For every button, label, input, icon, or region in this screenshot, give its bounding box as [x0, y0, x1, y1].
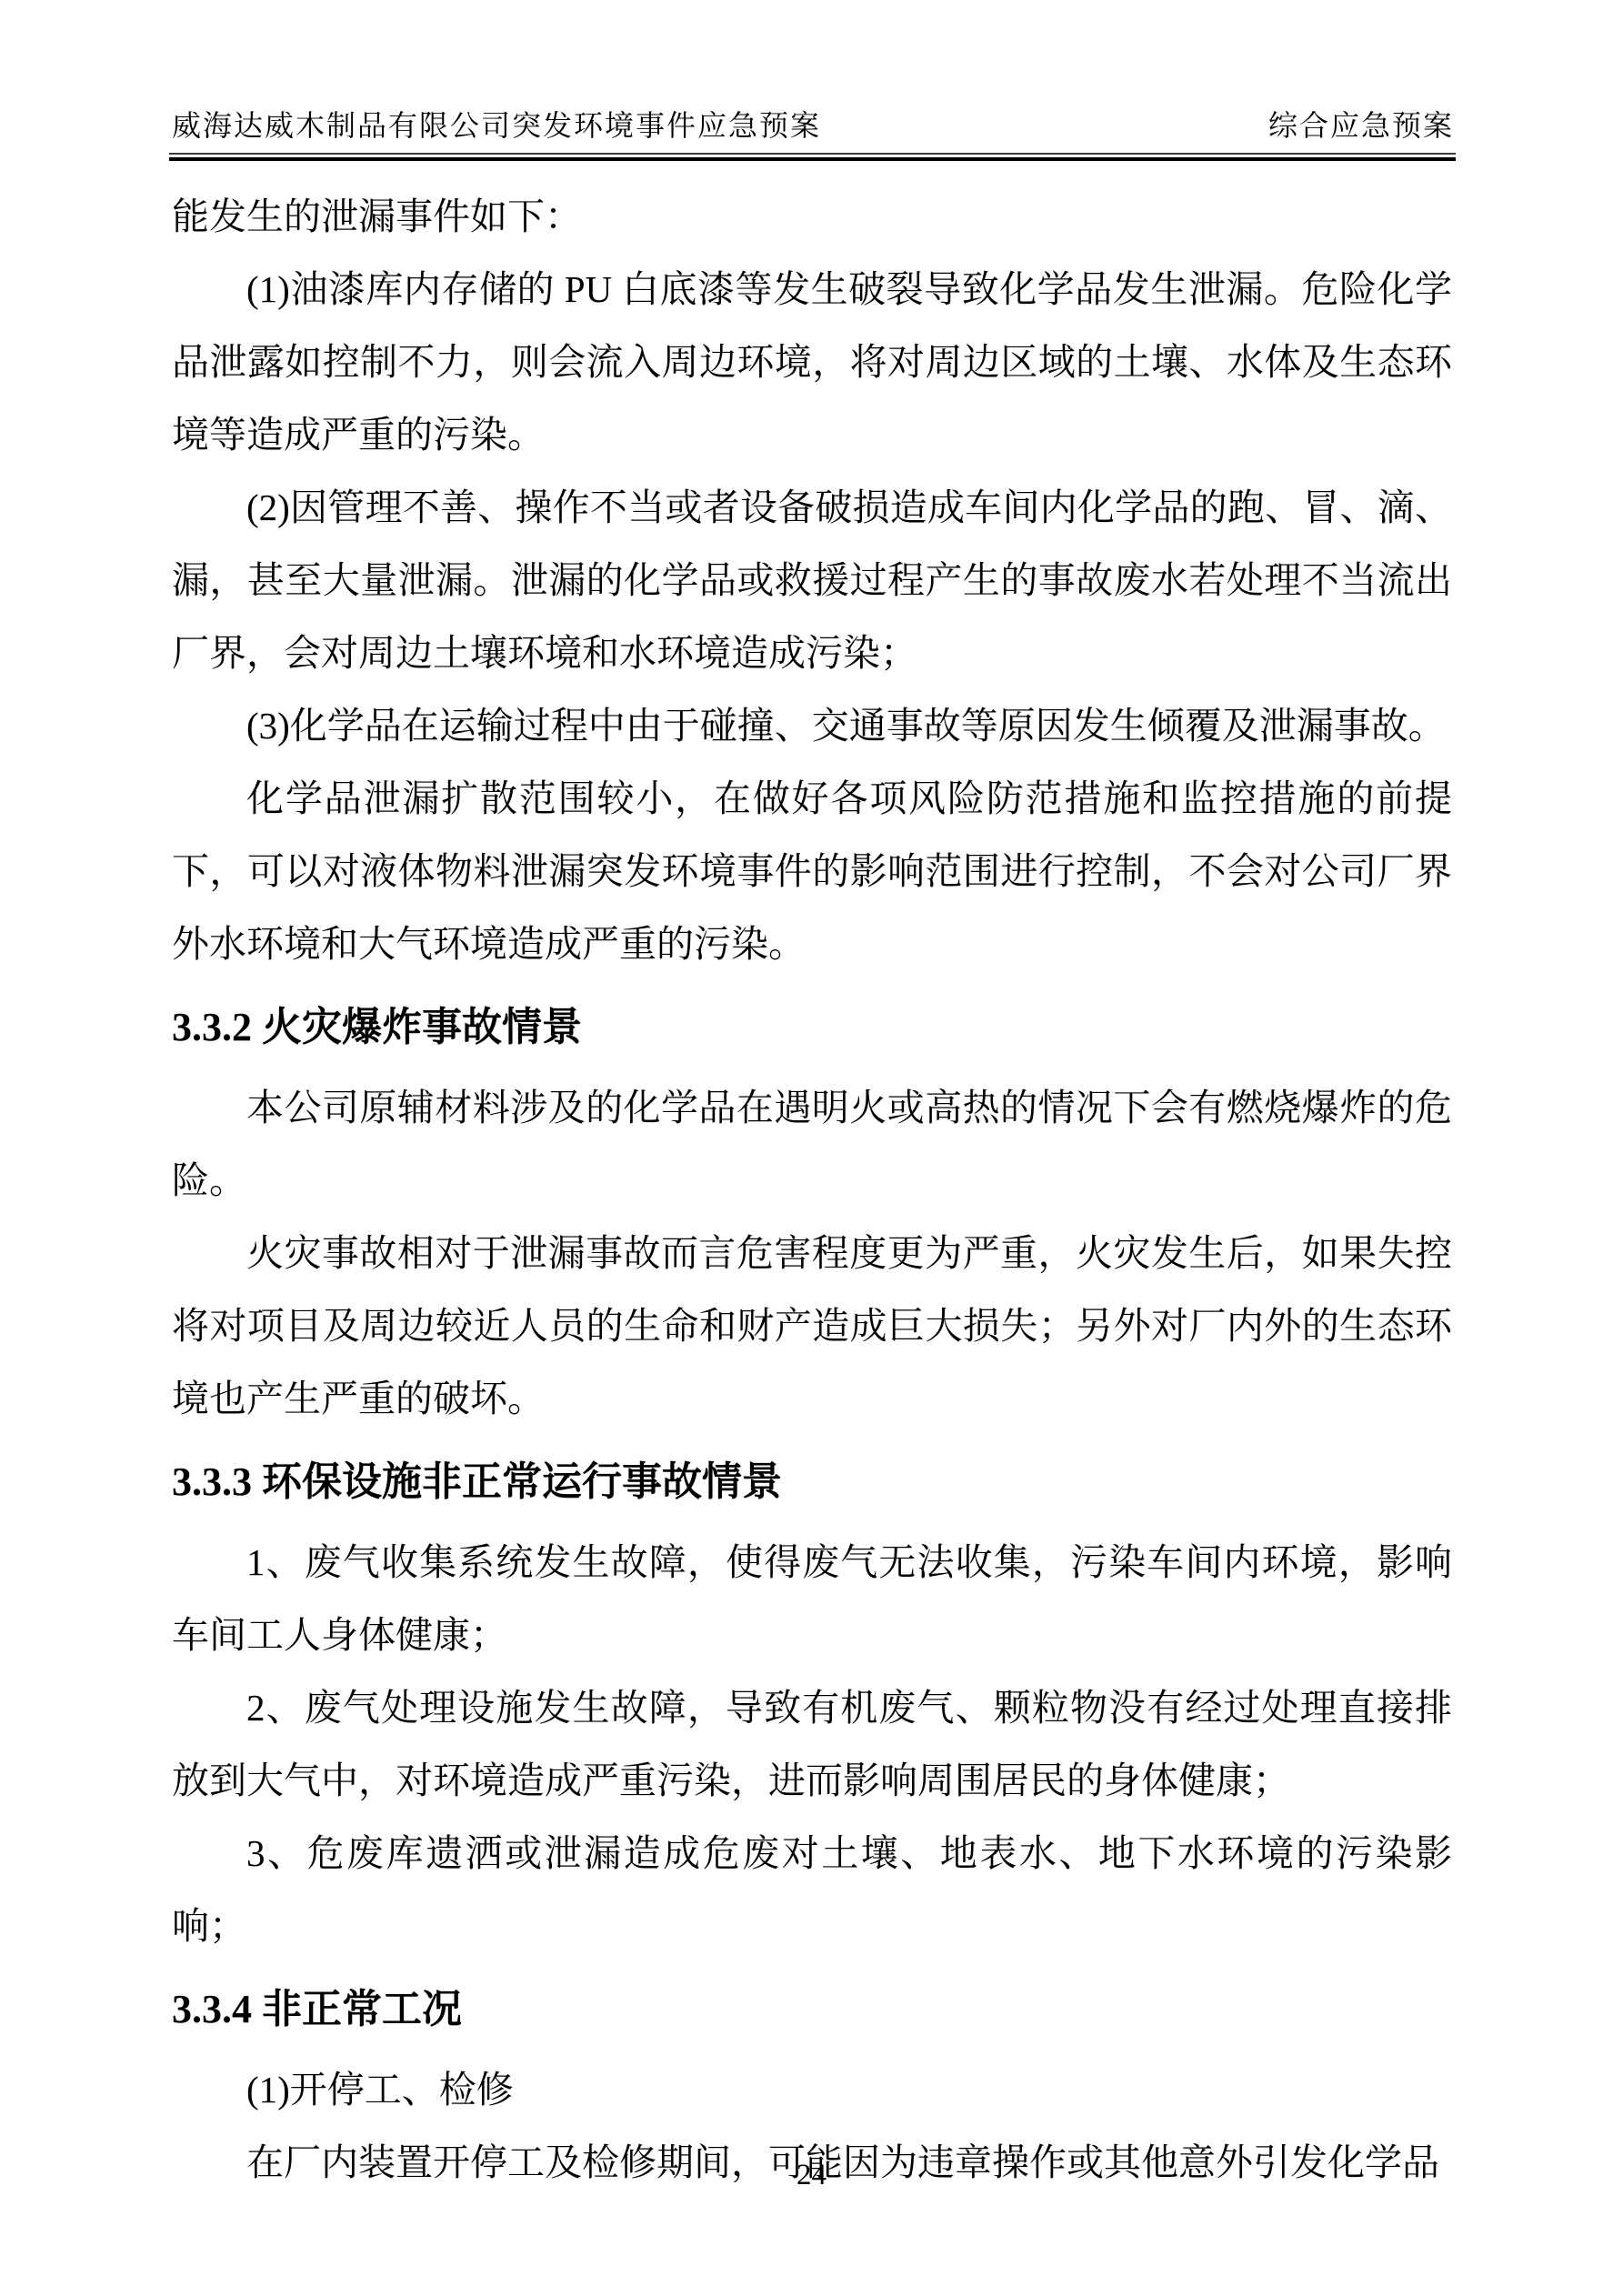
- paragraph-abnormal-condition-1: (1)开停工、检修: [172, 2053, 1452, 2126]
- header-right-title: 综合应急预案: [1268, 105, 1454, 145]
- section-heading-3-3-4: 3.3.4 非正常工况: [172, 1971, 1452, 2048]
- paragraph-fire-risk: 本公司原辅材料涉及的化学品在遇明火或高热的情况下会有燃烧爆炸的危险。: [172, 1071, 1452, 1217]
- page-number: 24: [796, 2159, 827, 2191]
- page-footer: 24: [0, 2157, 1623, 2193]
- paragraph-leak-control: 化学品泄漏扩散范围较小，在做好各项风险防范措施和监控措施的前提下，可以对液体物料…: [172, 762, 1452, 980]
- header-rule: [169, 153, 1456, 161]
- paragraph-leak-scenario-3: (3)化学品在运输过程中由于碰撞、交通事故等原因发生倾覆及泄漏事故。: [172, 689, 1452, 762]
- section-heading-3-3-2: 3.3.2 火灾爆炸事故情景: [172, 989, 1452, 1066]
- paragraph-leak-events-intro: 能发生的泄漏事件如下：: [172, 180, 1452, 253]
- paragraph-leak-scenario-1: (1)油漆库内存储的 PU 白底漆等发生破裂导致化学品发生泄漏。危险化学品泄露如…: [172, 253, 1452, 471]
- paragraph-fire-consequence: 火灾事故相对于泄漏事故而言危害程度更为严重，火灾发生后，如果失控将对项目及周边较…: [172, 1217, 1452, 1435]
- document-page: 威海达威木制品有限公司突发环境事件应急预案 综合应急预案 能发生的泄漏事件如下：…: [0, 0, 1623, 2296]
- paragraph-env-facility-3: 3、危废库遗洒或泄漏造成危废对土壤、地表水、地下水环境的污染影响；: [172, 1817, 1452, 1962]
- paragraph-leak-scenario-2: (2)因管理不善、操作不当或者设备破损造成车间内化学品的跑、冒、滴、漏，甚至大量…: [172, 471, 1452, 689]
- page-header: 威海达威木制品有限公司突发环境事件应急预案 综合应急预案: [172, 105, 1454, 145]
- section-heading-3-3-3: 3.3.3 环保设施非正常运行事故情景: [172, 1444, 1452, 1520]
- document-body: 能发生的泄漏事件如下：(1)油漆库内存储的 PU 白底漆等发生破裂导致化学品发生…: [172, 180, 1452, 2199]
- header-left-title: 威海达威木制品有限公司突发环境事件应急预案: [172, 105, 821, 145]
- paragraph-env-facility-2: 2、废气处理设施发生故障，导致有机废气、颗粒物没有经过处理直接排放到大气中，对环…: [172, 1671, 1452, 1817]
- paragraph-env-facility-1: 1、废气收集系统发生故障，使得废气无法收集，污染车间内环境，影响车间工人身体健康…: [172, 1526, 1452, 1671]
